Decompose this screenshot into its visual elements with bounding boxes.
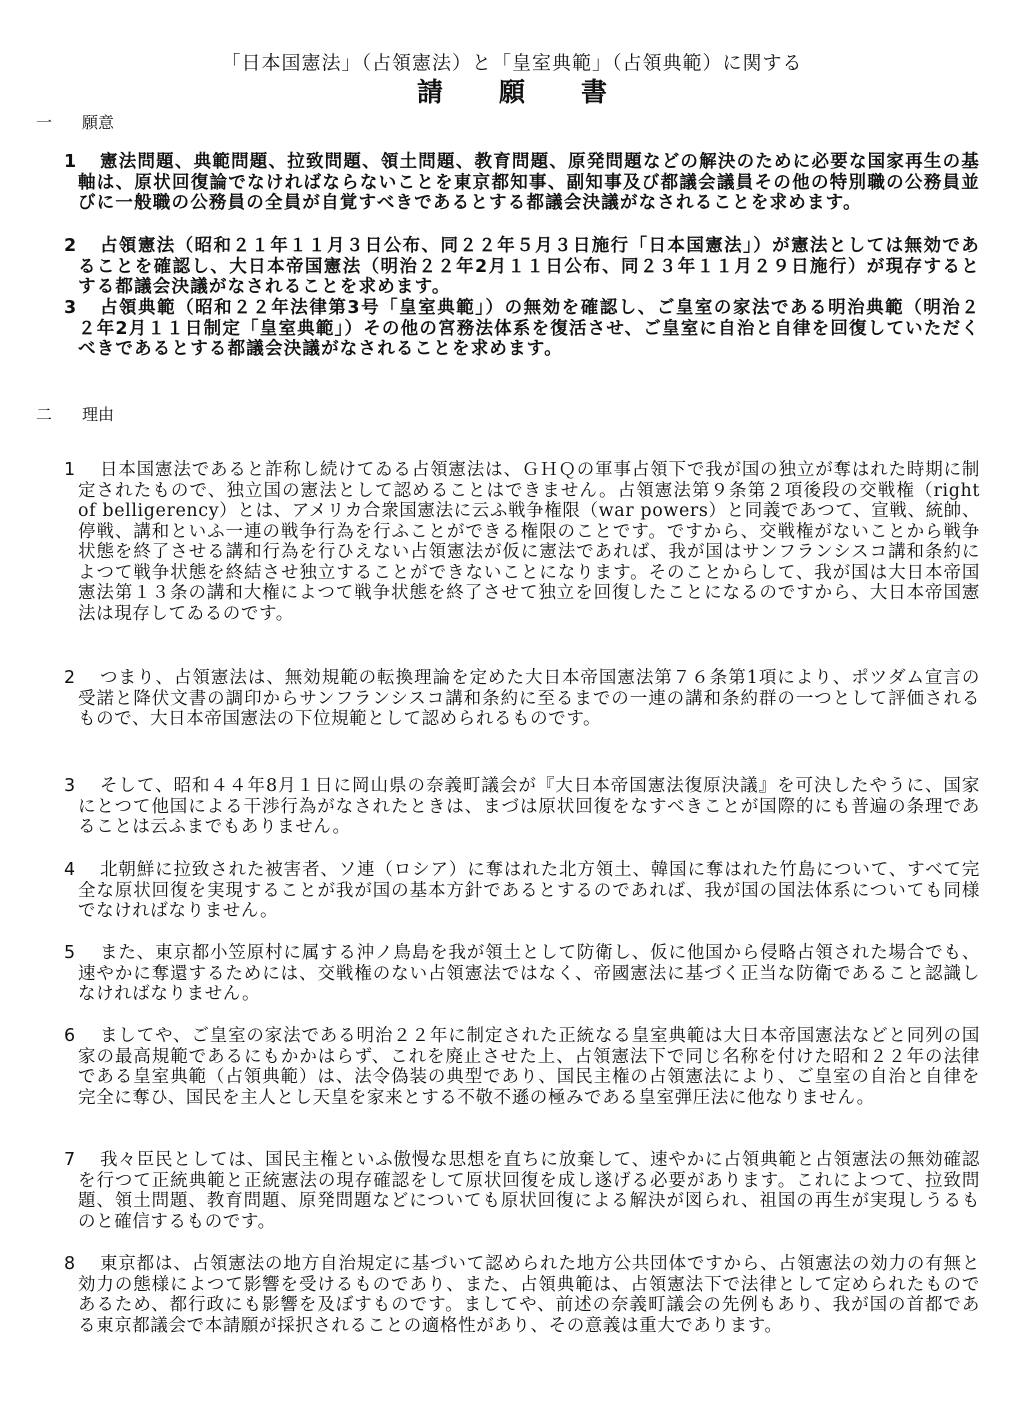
item-text: ましてや、ご皇室の家法である明治２２年に制定された正統なる皇室典範は大日本帝国憲… (78, 1026, 980, 1108)
reason-item: 6 ましてや、ご皇室の家法である明治２２年に制定された正統なる皇室典範は大日本帝… (64, 1026, 980, 1108)
item-text: そして、昭和４４年8月１日に岡山県の奈義町議会が『大日本帝国憲法復原決議』を可決… (78, 776, 980, 838)
reason-item: 8 東京都は、占領憲法の地方自治規定に基づいて認められた地方公共団体ですから、占… (64, 1254, 980, 1336)
item-number: 7 (64, 1150, 86, 1171)
reason-item: 1 日本国憲法であると詐称し続けてゐる占領憲法は、ＧＨＱの軍事占領下で我が国の独… (64, 460, 980, 624)
reason-item: 3 そして、昭和４４年8月１日に岡山県の奈義町議会が『大日本帝国憲法復原決議』を… (64, 776, 980, 838)
item-text: 日本国憲法であると詐称し続けてゐる占領憲法は、ＧＨＱの軍事占領下で我が国の独立が… (78, 460, 980, 624)
item-text: また、東京都小笠原村に属する沖ノ鳥島を我が領土として防衛し、仮に他国から侵略占領… (78, 943, 980, 1005)
item-number: 1 (64, 460, 86, 481)
subtitle-char: 願 (499, 72, 525, 109)
item-number: 8 (64, 1254, 86, 1275)
item-number: 2 (64, 668, 86, 689)
reason-item: 5 また、東京都小笠原村に属する沖ノ鳥島を我が領土として防衛し、仮に他国から侵略… (64, 943, 980, 1005)
item-number: 3 (64, 298, 86, 319)
item-text: 占領憲法（昭和２１年１１月３日公布、同２２年５月３日施行「日本国憲法」）が憲法と… (78, 236, 980, 298)
reason-item: 2 つまり、占領憲法は、無効規範の転換理論を定めた大日本帝国憲法第７６条第1項に… (64, 668, 980, 730)
petition-item: 2 占領憲法（昭和２１年１１月３日公布、同２２年５月３日施行「日本国憲法」）が憲… (64, 236, 980, 298)
section-title: 願意 (82, 113, 114, 132)
item-number: 2 (64, 236, 86, 257)
item-text: 占領典範（昭和２２年法律第3号「皇室典範」）の無効を確認し、ご皇室の家法である明… (78, 298, 980, 360)
item-number: 4 (64, 860, 86, 881)
item-number: 1 (64, 152, 86, 173)
item-number: 3 (64, 776, 86, 797)
item-text: 東京都は、占領憲法の地方自治規定に基づいて認められた地方公共団体ですから、占領憲… (78, 1254, 980, 1336)
section-title: 理由 (82, 405, 114, 424)
item-number: 6 (64, 1026, 86, 1047)
document-title: 「日本国憲法」（占領憲法）と「皇室典範」（占領典範）に関する (0, 48, 1024, 75)
item-text: 憲法問題、典範問題、拉致問題、領土問題、教育問題、原発問題などの解決のために必要… (78, 152, 980, 214)
section-heading-reasons: 二理由 (36, 402, 114, 425)
reason-item: 4 北朝鮮に拉致された被害者、ソ連（ロシア）に奪はれた北方領土、韓国に奪はれた竹… (64, 860, 980, 922)
item-number: 5 (64, 943, 86, 964)
section-number: 二 (36, 402, 82, 425)
subtitle-char: 請 (417, 72, 443, 109)
item-text: 我々臣民としては、国民主権といふ傲慢な思想を直ちに放棄して、速やかに占領典範と占… (78, 1150, 980, 1232)
petition-item: 3 占領典範（昭和２２年法律第3号「皇室典範」）の無効を確認し、ご皇室の家法であ… (64, 298, 980, 360)
document-subtitle: 請願書 (0, 72, 1024, 109)
item-text: 北朝鮮に拉致された被害者、ソ連（ロシア）に奪はれた北方領土、韓国に奪はれた竹島に… (78, 860, 980, 922)
item-text: つまり、占領憲法は、無効規範の転換理論を定めた大日本帝国憲法第７６条第1項により… (78, 668, 980, 730)
subtitle-char: 書 (581, 72, 607, 109)
section-number: 一 (36, 110, 82, 133)
section-heading-petition: 一願意 (36, 110, 114, 133)
petition-item: 1 憲法問題、典範問題、拉致問題、領土問題、教育問題、原発問題などの解決のために… (64, 152, 980, 214)
reason-item: 7 我々臣民としては、国民主権といふ傲慢な思想を直ちに放棄して、速やかに占領典範… (64, 1150, 980, 1232)
